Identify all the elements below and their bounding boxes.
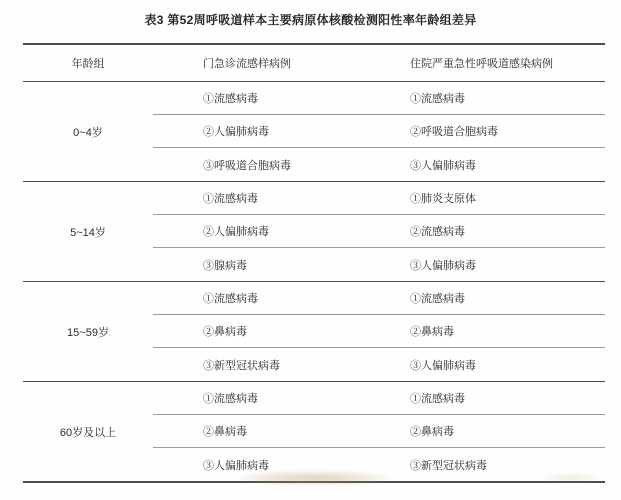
pathogen-cell-outpatient-rank2: ②鼻病毒: [153, 415, 365, 448]
pathogen-cell-outpatient-rank3: ③人偏肺病毒: [153, 448, 365, 481]
pathogen-cell-inpatient-rank3: ③人偏肺病毒: [365, 148, 605, 181]
pathogen-cell-inpatient-rank1: ①流感病毒: [365, 82, 605, 115]
pathogen-cell-outpatient-rank3: ③新型冠状病毒: [153, 348, 365, 381]
table-group-age-0-4: 0~4岁 ①流感病毒 ①流感病毒 ②人偏肺病毒 ②呼吸道合胞病毒 ③呼吸道合胞病…: [23, 82, 605, 182]
pathogen-cell-inpatient-rank2: ②鼻病毒: [365, 415, 605, 448]
pathogen-cell-outpatient-rank2: ②鼻病毒: [153, 315, 365, 348]
pathogen-cell-outpatient-rank3: ③腺病毒: [153, 248, 365, 281]
pathogen-cell-inpatient-rank3: ③人偏肺病毒: [365, 248, 605, 281]
column-header-outpatient-ili: 门急诊流感样病例: [153, 55, 365, 71]
pathogen-cell-inpatient-rank2: ②鼻病毒: [365, 315, 605, 348]
table-title: 表3 第52周呼吸道样本主要病原体核酸检测阳性率年龄组差异: [0, 11, 621, 28]
table-group-age-60-plus: 60岁及以上 ①流感病毒 ①流感病毒 ②鼻病毒 ②鼻病毒 ③人偏肺病毒 ③新型冠…: [23, 382, 605, 481]
age-group-pathogen-table: 年龄组 门急诊流感样病例 住院严重急性呼吸道感染病例 0~4岁 ①流感病毒 ①流…: [23, 43, 605, 483]
age-group-cell: 15~59岁: [23, 282, 153, 381]
column-header-age-group: 年龄组: [23, 55, 153, 71]
column-header-inpatient-sari: 住院严重急性呼吸道感染病例: [365, 55, 605, 71]
pathogen-cell-inpatient-rank1: ①流感病毒: [365, 382, 605, 415]
age-group-cell: 0~4岁: [23, 82, 153, 181]
pathogen-cell-inpatient-rank2: ②呼吸道合胞病毒: [365, 115, 605, 148]
pathogen-cell-outpatient-rank1: ①流感病毒: [153, 282, 365, 315]
pathogen-cell-outpatient-rank2: ②人偏肺病毒: [153, 115, 365, 148]
pathogen-cell-outpatient-rank2: ②人偏肺病毒: [153, 215, 365, 248]
table-group-age-5-14: 5~14岁 ①流感病毒 ①肺炎支原体 ②人偏肺病毒 ②流感病毒 ③腺病毒 ③人偏…: [23, 182, 605, 282]
pathogen-cell-outpatient-rank3: ③呼吸道合胞病毒: [153, 148, 365, 181]
table-header-row: 年龄组 门急诊流感样病例 住院严重急性呼吸道感染病例: [23, 45, 605, 82]
page: 表3 第52周呼吸道样本主要病原体核酸检测阳性率年龄组差异 年龄组 门急诊流感样…: [0, 0, 621, 500]
pathogen-cell-outpatient-rank1: ①流感病毒: [153, 82, 365, 115]
pathogen-cell-inpatient-rank1: ①流感病毒: [365, 282, 605, 315]
table-group-age-15-59: 15~59岁 ①流感病毒 ①流感病毒 ②鼻病毒 ②鼻病毒 ③新型冠状病毒 ③人偏…: [23, 282, 605, 382]
pathogen-cell-outpatient-rank1: ①流感病毒: [153, 382, 365, 415]
pathogen-cell-inpatient-rank1: ①肺炎支原体: [365, 182, 605, 215]
pathogen-cell-outpatient-rank1: ①流感病毒: [153, 182, 365, 215]
pathogen-cell-inpatient-rank3: ③新型冠状病毒: [365, 448, 605, 481]
age-group-cell: 60岁及以上: [23, 382, 153, 481]
pathogen-cell-inpatient-rank3: ③人偏肺病毒: [365, 348, 605, 381]
age-group-cell: 5~14岁: [23, 182, 153, 281]
pathogen-cell-inpatient-rank2: ②流感病毒: [365, 215, 605, 248]
